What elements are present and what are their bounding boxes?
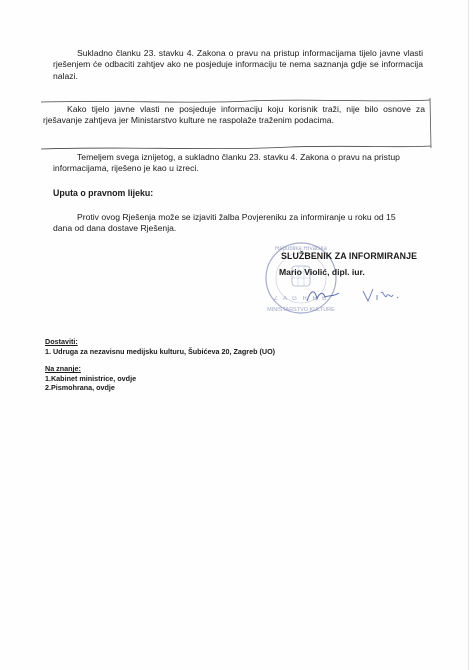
signatory-title: SLUŽBENIK ZA INFORMIRANJE [281, 251, 417, 261]
page-edge [468, 0, 469, 670]
for-information-item: 2.Pismohrana, ovdje [45, 383, 115, 392]
paragraph-conclusion: Temeljem svega iznijetog, a sukladno čla… [53, 152, 413, 175]
for-information-item: 1.Kabinet ministrice, ovdje [45, 374, 136, 383]
for-information-label: Na znanje: [45, 364, 81, 373]
legal-remedy-heading: Uputa o pravnom lijeku: [53, 188, 153, 198]
paragraph-reasoning: Kako tijelo javne vlasti ne posjeduje in… [43, 104, 425, 127]
signatory-name: Mario Violić, dipl. iur. [279, 267, 365, 277]
deliver-to-label: Dostaviti: [45, 337, 78, 346]
handwritten-signature-icon [305, 285, 415, 307]
deliver-to-item: 1. Udruga za nezavisnu medijsku kulturu,… [45, 347, 275, 356]
document-page: Sukladno članku 23. stavku 4. Zakona o p… [0, 0, 473, 670]
paragraph-legal-basis: Sukladno članku 23. stavku 4. Zakona o p… [53, 48, 423, 82]
svg-text:MINISTARSTVO KULTURE: MINISTARSTVO KULTURE [267, 307, 335, 313]
legal-remedy-text: Protiv ovog Rješenja može se izjaviti ža… [53, 212, 415, 235]
